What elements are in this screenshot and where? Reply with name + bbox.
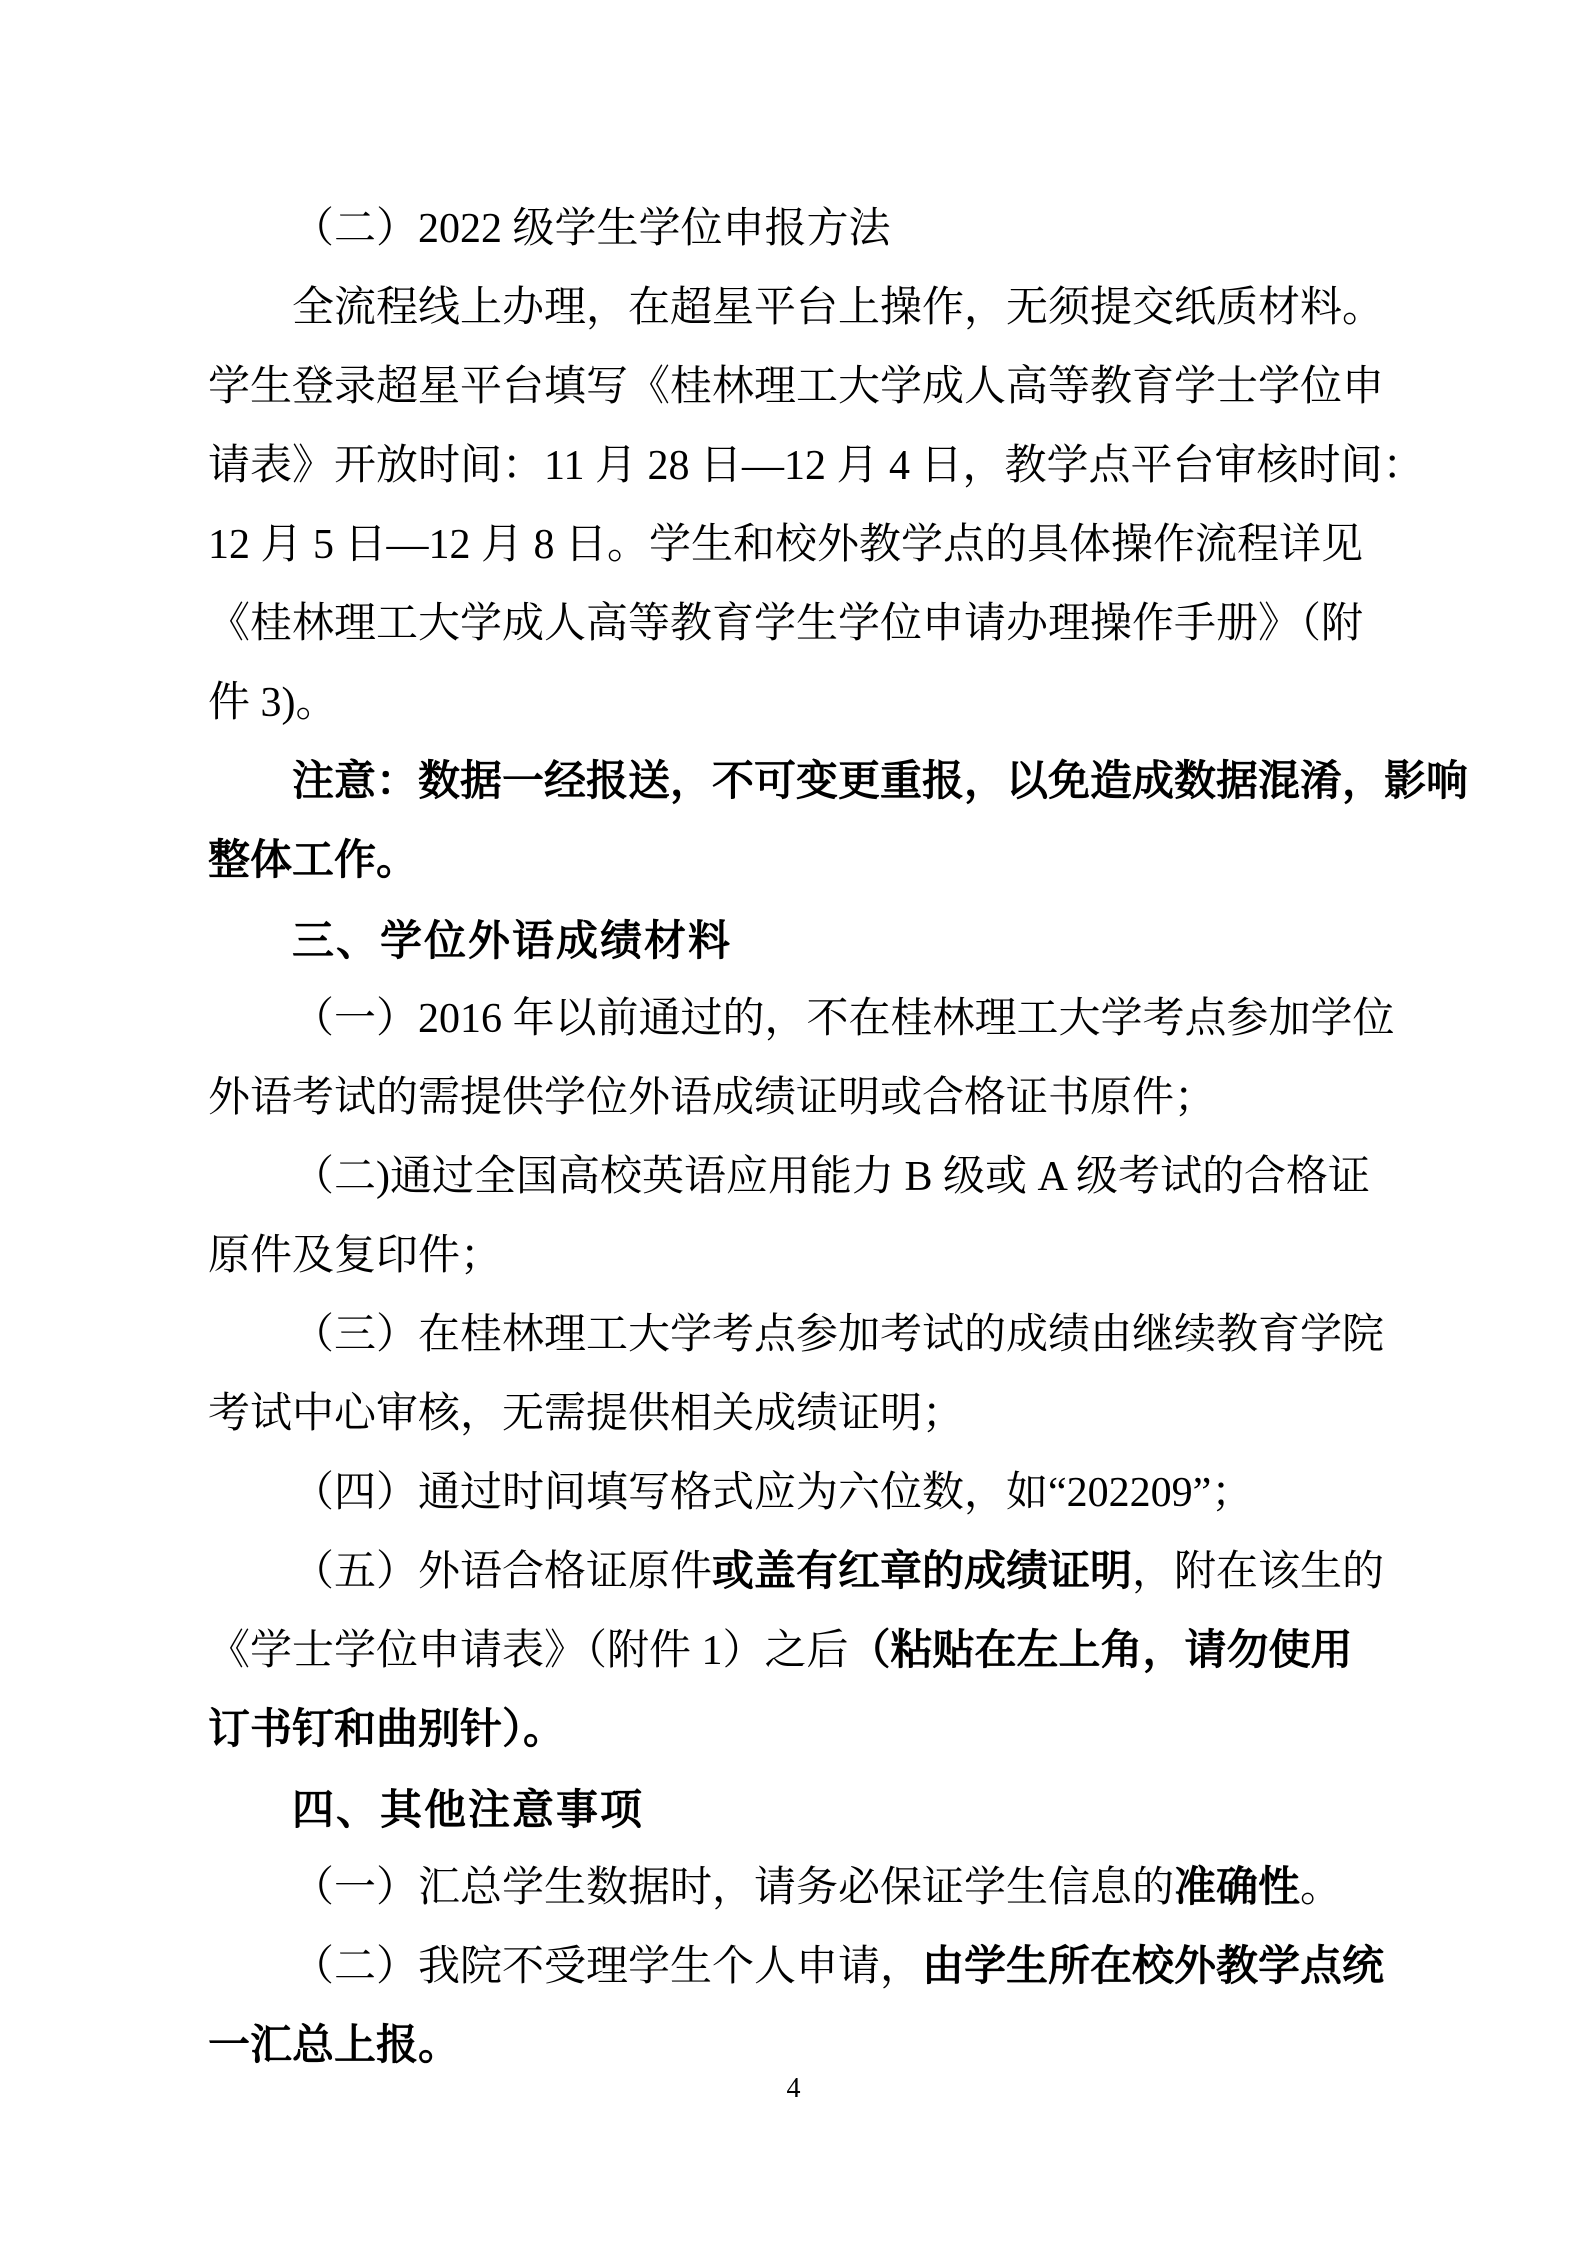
text-segment: 学生登录超星平台填写《桂林理工大学成人高等教育学士学位申 xyxy=(208,364,1384,410)
text-line: （一）汇总学生数据时，请务必保证学生信息的准确性。 xyxy=(208,1849,1447,1928)
document-body: （二）2022 级学生学位申报方法全流程线上办理，在超星平台上操作，无须提交纸质… xyxy=(208,190,1447,2086)
text-segment: 12 月 5 日—12 月 8 日。学生和校外教学点的具体操作流程详见 xyxy=(208,522,1363,568)
text-line: 件 3)。 xyxy=(208,664,1447,743)
text-segment: 订书钉和曲别针）。 xyxy=(208,1707,565,1753)
text-line: （三）在桂林理工大学考点参加考试的成绩由继续教育学院 xyxy=(208,1296,1447,1375)
text-segment: （二）我院不受理学生个人申请， xyxy=(292,1944,922,1990)
text-segment: 整体工作。 xyxy=(208,838,418,884)
text-segment: 四、其他注意事项 xyxy=(292,1786,644,1833)
text-line: 四、其他注意事项 xyxy=(208,1770,1447,1849)
text-line: （四）通过时间填写格式应为六位数，如“202209”； xyxy=(208,1454,1447,1533)
text-segment: 注意：数据一经报送，不可变更重报，以免造成数据混淆，影响 xyxy=(292,759,1468,805)
text-segment: 由学生所在校外教学点统 xyxy=(922,1944,1384,1990)
text-segment: （粘贴在左上角，请勿使用 xyxy=(849,1628,1353,1674)
text-segment: （四）通过时间填写格式应为六位数，如“202209”； xyxy=(292,1470,1253,1516)
document-page: （二）2022 级学生学位申报方法全流程线上办理，在超星平台上操作，无须提交纸质… xyxy=(0,0,1587,2245)
text-segment: 。 xyxy=(1300,1865,1342,1911)
text-line: 原件及复印件； xyxy=(208,1217,1447,1296)
text-segment: 《桂林理工大学成人高等教育学生学位申请办理操作手册》（附 xyxy=(208,601,1363,647)
text-line: 整体工作。 xyxy=(208,822,1447,901)
text-segment: 《学士学位申请表》（附件 1）之后 xyxy=(208,1628,849,1674)
text-line: （五）外语合格证原件或盖有红章的成绩证明，附在该生的 xyxy=(208,1533,1447,1612)
text-segment: 一汇总上报。 xyxy=(208,2023,460,2069)
text-line: （二）2022 级学生学位申报方法 xyxy=(208,190,1447,269)
text-segment: ，附在该生的 xyxy=(1132,1549,1384,1595)
text-segment: （一）汇总学生数据时，请务必保证学生信息的 xyxy=(292,1865,1174,1911)
text-line: 请表》开放时间：11 月 28 日—12 月 4 日，教学点平台审核时间： xyxy=(208,427,1447,506)
text-line: 《学士学位申请表》（附件 1）之后（粘贴在左上角，请勿使用 xyxy=(208,1612,1447,1691)
text-segment: （二)通过全国高校英语应用能力 B 级或 A 级考试的合格证 xyxy=(292,1154,1370,1200)
page-number: 4 xyxy=(0,2072,1587,2106)
text-line: 《桂林理工大学成人高等教育学生学位申请办理操作手册》（附 xyxy=(208,585,1447,664)
text-line: （一）2016 年以前通过的，不在桂林理工大学考点参加学位 xyxy=(208,980,1447,1059)
text-segment: 三、学位外语成绩材料 xyxy=(292,917,732,964)
text-line: （二）我院不受理学生个人申请，由学生所在校外教学点统 xyxy=(208,1928,1447,2007)
text-segment: 外语考试的需提供学位外语成绩证明或合格证书原件； xyxy=(208,1075,1216,1121)
text-line: 考试中心审核，无需提供相关成绩证明； xyxy=(208,1375,1447,1454)
text-line: 全流程线上办理，在超星平台上操作，无须提交纸质材料。 xyxy=(208,269,1447,348)
text-segment: 原件及复印件； xyxy=(208,1233,502,1279)
text-line: 12 月 5 日—12 月 8 日。学生和校外教学点的具体操作流程详见 xyxy=(208,506,1447,585)
text-segment: 请表》开放时间：11 月 28 日—12 月 4 日，教学点平台审核时间： xyxy=(208,443,1424,489)
text-segment: 考试中心审核，无需提供相关成绩证明； xyxy=(208,1391,964,1437)
text-line: 三、学位外语成绩材料 xyxy=(208,901,1447,980)
text-segment: 准确性 xyxy=(1174,1865,1300,1911)
text-segment: （三）在桂林理工大学考点参加考试的成绩由继续教育学院 xyxy=(292,1312,1384,1358)
text-line: （二)通过全国高校英语应用能力 B 级或 A 级考试的合格证 xyxy=(208,1138,1447,1217)
text-line: 注意：数据一经报送，不可变更重报，以免造成数据混淆，影响 xyxy=(208,743,1447,822)
text-segment: （二）2022 级学生学位申报方法 xyxy=(292,206,891,252)
text-segment: 或盖有红章的成绩证明 xyxy=(712,1549,1132,1595)
text-segment: （一）2016 年以前通过的，不在桂林理工大学考点参加学位 xyxy=(292,996,1395,1042)
text-line: 外语考试的需提供学位外语成绩证明或合格证书原件； xyxy=(208,1059,1447,1138)
text-segment: （五）外语合格证原件 xyxy=(292,1549,712,1595)
text-line: 订书钉和曲别针）。 xyxy=(208,1691,1447,1770)
text-line: 学生登录超星平台填写《桂林理工大学成人高等教育学士学位申 xyxy=(208,348,1447,427)
text-segment: 全流程线上办理，在超星平台上操作，无须提交纸质材料。 xyxy=(292,285,1384,331)
text-segment: 件 3)。 xyxy=(208,680,338,726)
